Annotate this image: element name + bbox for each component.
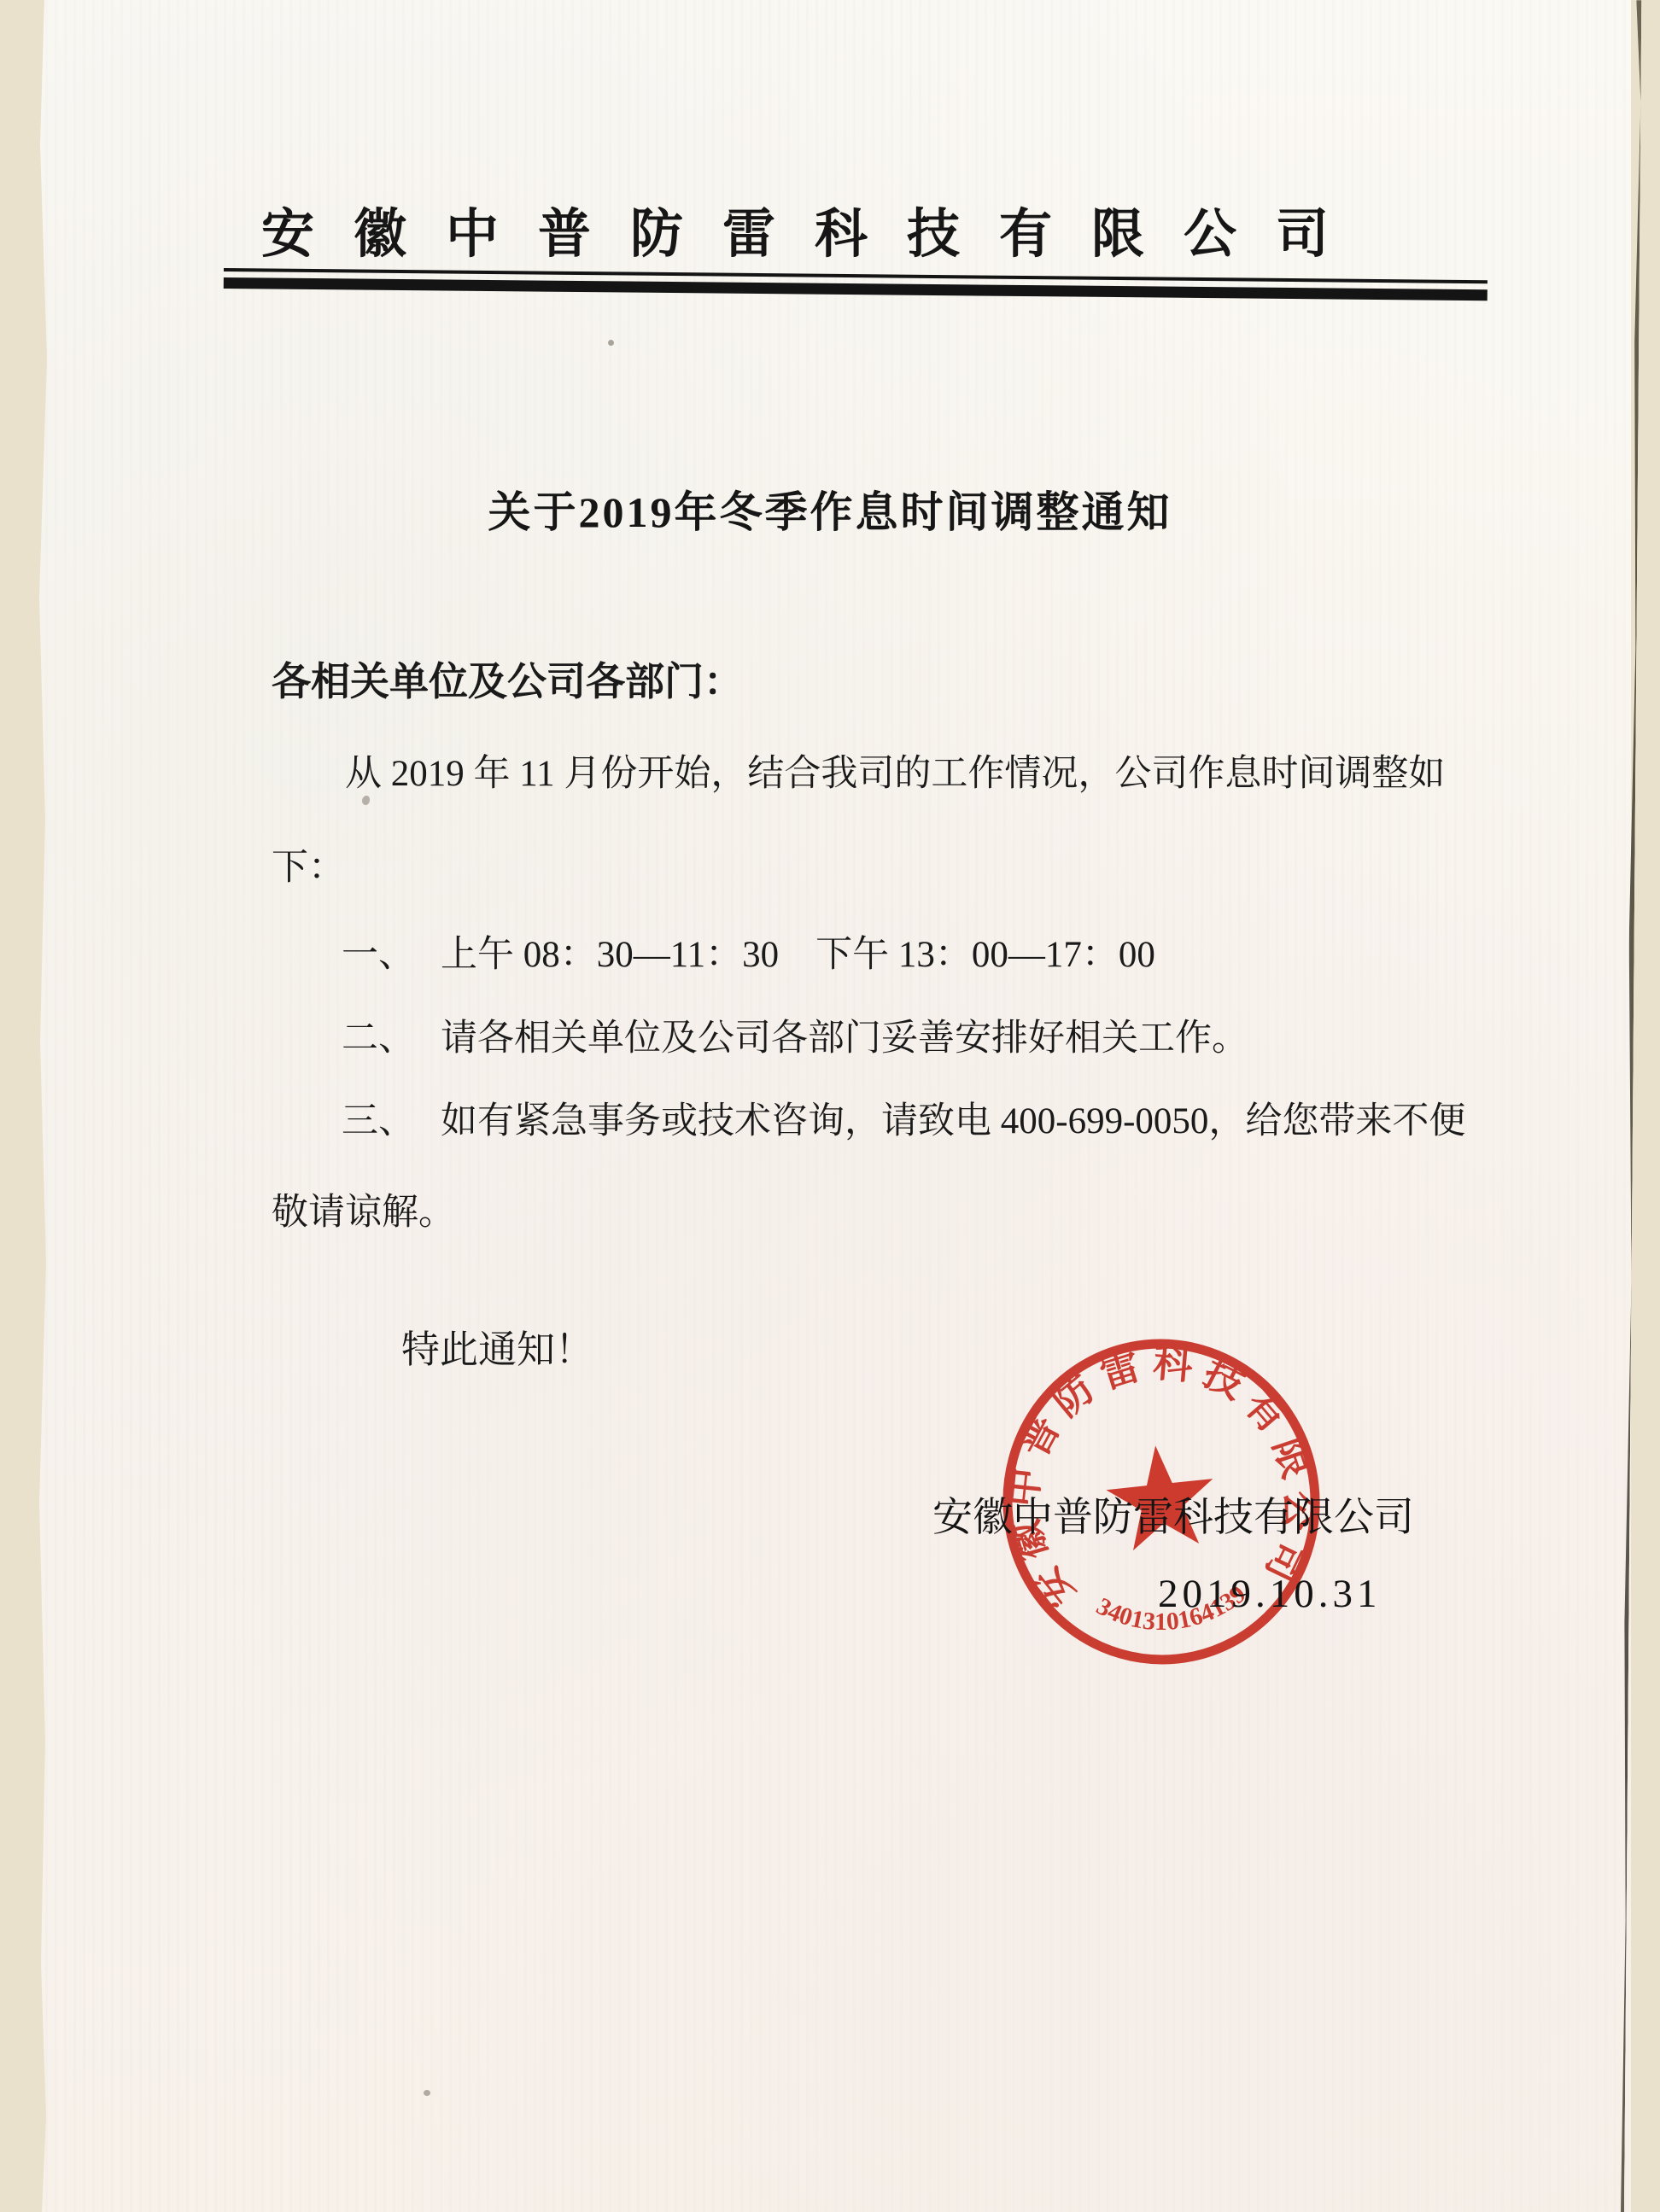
schedule-item-1: 一、上午 08：30—11：30 下午 13：00—17：00 bbox=[342, 925, 1155, 978]
document-page: 安徽中普防雷科技有限公司 关于2019年冬季作息时间调整通知 各相关单位及公司各… bbox=[0, 0, 1660, 2212]
item-3-text: 如有紧急事务或技术咨询，请致电 400-699-0050，给您带来不便 bbox=[441, 1101, 1465, 1141]
schedule-item-3: 三、如有紧急事务或技术咨询，请致电 400-699-0050，给您带来不便 bbox=[342, 1092, 1465, 1144]
scanned-notice-page: { "page": { "company_header": "安徽中普防雷科技有… bbox=[0, 0, 1660, 2212]
item-2-number: 二、 bbox=[342, 1018, 415, 1059]
paragraph-line-1: 从 2019 年 11 月份开始，结合我司的工作情况，公司作息时间调整如 bbox=[345, 744, 1445, 797]
closing-line: 特此通知！ bbox=[401, 1318, 593, 1374]
scan-artifact bbox=[608, 340, 614, 346]
item-3-number: 三、 bbox=[342, 1101, 415, 1141]
item-1-number: 一、 bbox=[342, 935, 415, 975]
signature-date: 2019.10.31 bbox=[1158, 1571, 1382, 1617]
paragraph-line-2: 下： bbox=[272, 838, 345, 890]
company-letterhead: 安徽中普防雷科技有限公司 bbox=[261, 191, 1368, 267]
notice-title: 关于2019年冬季作息时间调整通知 bbox=[0, 478, 1660, 540]
scan-artifact bbox=[424, 2090, 430, 2096]
item-2-text: 请各相关单位及公司各部门妥善安排好相关工作。 bbox=[441, 1018, 1248, 1059]
item-1-text: 上午 08：30—11：30 下午 13：00—17：00 bbox=[441, 935, 1155, 975]
item-3-continuation: 敬请谅解。 bbox=[272, 1183, 455, 1235]
signature-company-name: 安徽中普防雷科技有限公司 bbox=[932, 1485, 1414, 1543]
schedule-item-2: 二、请各相关单位及公司各部门妥善安排好相关工作。 bbox=[342, 1009, 1248, 1061]
recipient-line: 各相关单位及公司各部门： bbox=[272, 651, 743, 707]
